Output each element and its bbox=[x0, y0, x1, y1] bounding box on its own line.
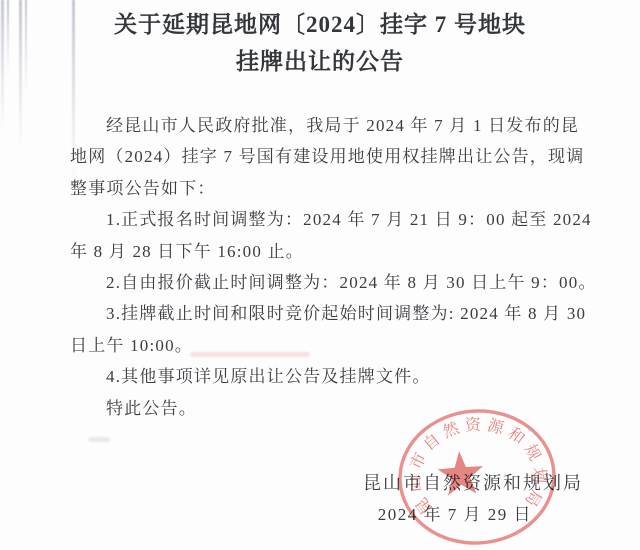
body-line: 地网（2024）挂字 7 号国有建设用地使用权挂牌出让公告，现调 bbox=[70, 141, 584, 172]
body-line: 日上午 10:00。 bbox=[70, 330, 584, 361]
body-line: 整事项公告如下： bbox=[70, 173, 584, 204]
body-line: 4.其他事项详见原出让公告及挂牌文件。 bbox=[70, 361, 584, 392]
scan-artifact bbox=[88, 437, 110, 442]
announcement-page: 关于延期昆地网〔2024〕挂字 7 号地块 挂牌出让的公告 经昆山市人民政府批准… bbox=[0, 0, 640, 550]
title-line-1: 关于延期昆地网〔2024〕挂字 7 号地块 bbox=[0, 6, 640, 43]
body-line: 3.挂牌截止时间和限时竞价起始时间调整为: 2024 年 8 月 30 bbox=[70, 298, 584, 329]
body-line: 年 8 月 28 日下午 16:00 止。 bbox=[70, 236, 584, 267]
title-line-2: 挂牌出让的公告 bbox=[0, 43, 640, 80]
body-line: 2.自由报价截止时间调整为：2024 年 8 月 30 日上午 9：00。 bbox=[70, 267, 584, 298]
document-body: 经昆山市人民政府批准，我局于 2024 年 7 月 1 日发布的昆地网（2024… bbox=[70, 110, 584, 424]
seal-star-icon bbox=[436, 450, 485, 496]
official-seal: 昆山市自然资源和规划局 bbox=[389, 399, 565, 550]
body-line: 1.正式报名时间调整为：2024 年 7 月 21 日 9：00 起至 2024 bbox=[70, 204, 584, 235]
body-line: 经昆山市人民政府批准，我局于 2024 年 7 月 1 日发布的昆 bbox=[70, 110, 584, 141]
document-title: 关于延期昆地网〔2024〕挂字 7 号地块 挂牌出让的公告 bbox=[0, 6, 640, 80]
